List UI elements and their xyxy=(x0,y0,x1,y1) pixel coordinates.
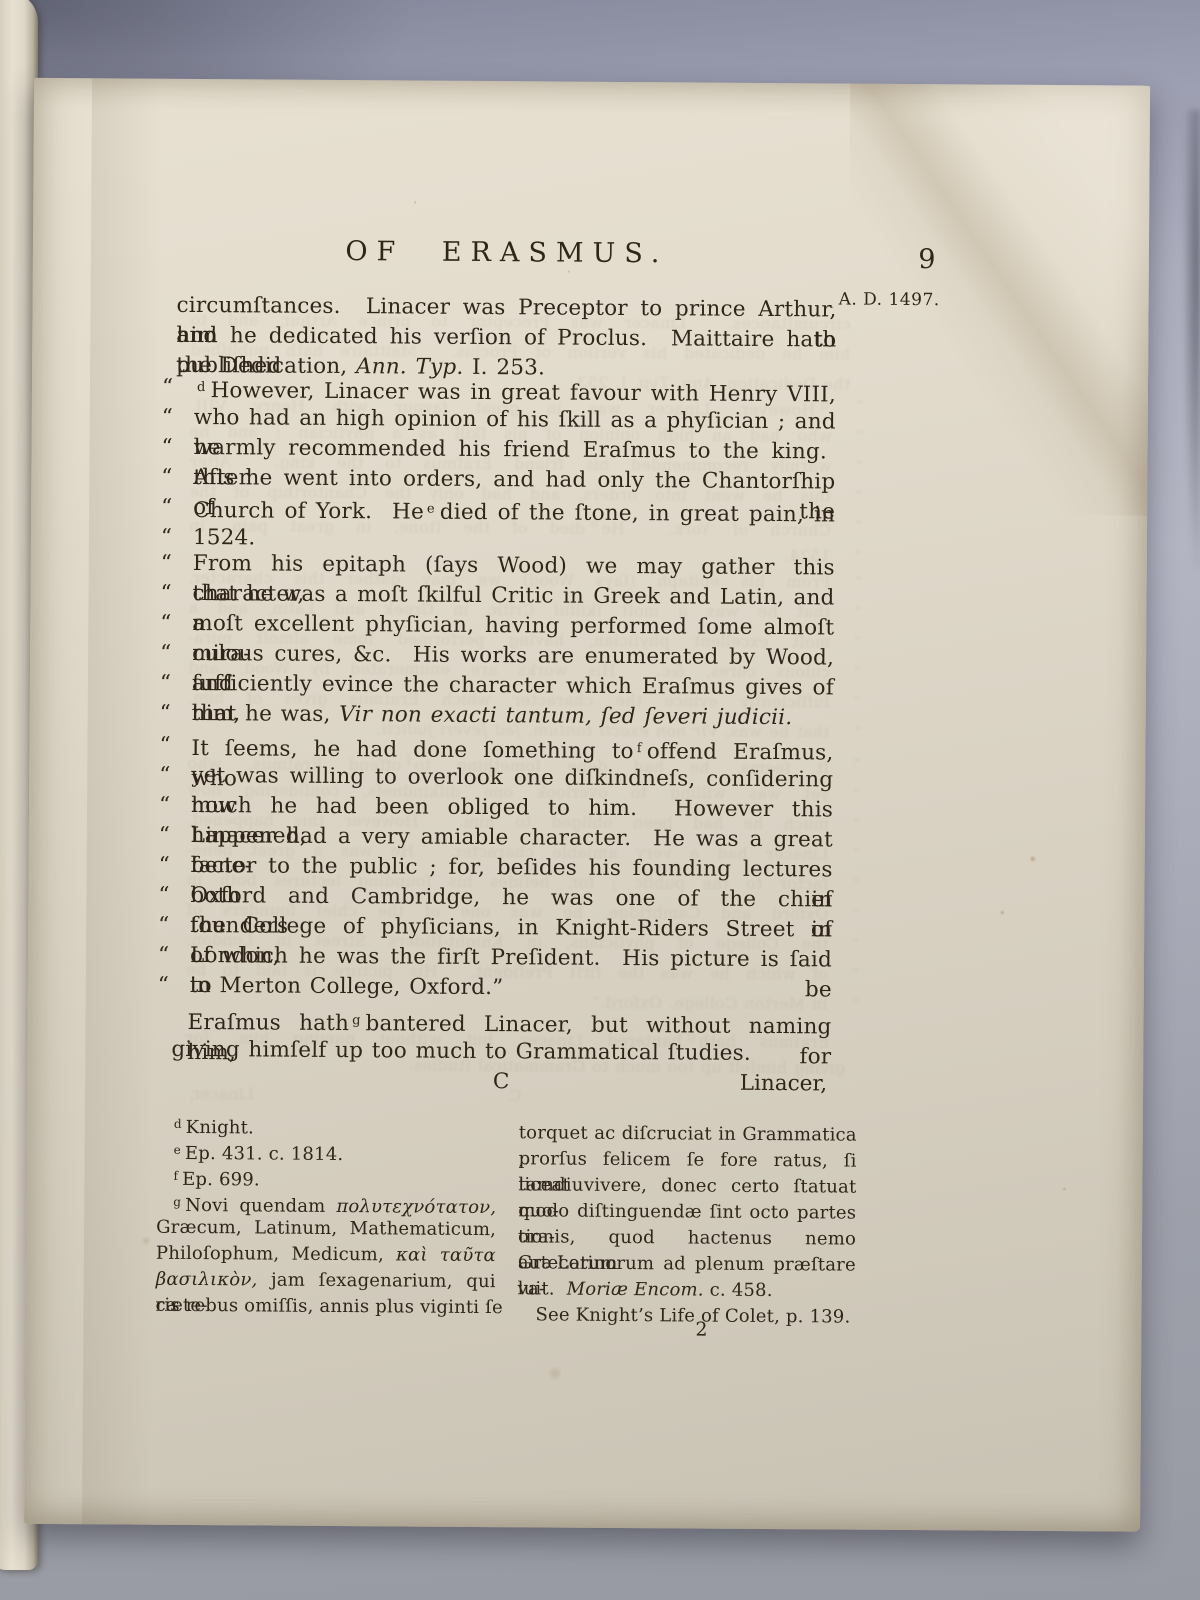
footnote-reference: g xyxy=(352,1013,361,1028)
quote-mark: “ xyxy=(160,669,171,699)
text-segment: Philoſophum, Medicum, xyxy=(156,1243,396,1266)
text-line: “moſt excellent phyſician, having perfor… xyxy=(174,609,834,644)
quote-mark: “ xyxy=(159,791,170,821)
text-line: giving himſelf up too much to Grammatica… xyxy=(171,1035,831,1070)
backdrop-right-shadow xyxy=(1183,110,1200,570)
text-segment: died of the ſtone, in great pain, in xyxy=(440,500,835,528)
text-segment: ris rebus omiſſis, annis plus viginti ſe xyxy=(156,1295,504,1318)
quote-mark: “ xyxy=(161,523,172,553)
text-line: the Dedication, Ann. Typ. I. 253. xyxy=(176,351,836,386)
text-line: “in Merton College, Oxford.” xyxy=(172,971,832,1006)
quote-mark: “ xyxy=(159,851,170,881)
footnote-reference: d xyxy=(174,1117,182,1131)
quote-mark: “ xyxy=(160,579,171,609)
paragraph: “From his epitaph (ſays Wood) we may gat… xyxy=(174,549,835,734)
text-line: “Church of York. Heedied of the ſtone, i… xyxy=(175,493,835,528)
text-segment: luit. xyxy=(518,1278,567,1299)
quote-mark: “ xyxy=(158,971,169,1001)
quote-mark: “ xyxy=(161,549,172,579)
quote-mark: “ xyxy=(162,373,173,403)
quote-mark: “ xyxy=(160,639,171,669)
text-line: “the College of phyſicians, in Knight-Ri… xyxy=(172,911,832,946)
text-segment: c. 458. xyxy=(704,1280,773,1301)
quote-mark: “ xyxy=(160,699,171,729)
book-page: OF ERASMUS. 9 A. D. 1497. Eraſmus hathgb… xyxy=(24,78,1150,1532)
page-title: OF ERASMUS. xyxy=(177,235,837,271)
text-segment: Ann. Typ. xyxy=(356,354,464,380)
signature-mark: C xyxy=(493,1067,510,1097)
quote-mark: “ xyxy=(160,609,171,639)
footnote-reference: d xyxy=(197,380,206,395)
text-segment: βασιλικὸν, xyxy=(156,1269,258,1291)
quote-mark: “ xyxy=(161,433,172,463)
text-line: luit. Moriæ Encom. c. 458. xyxy=(518,1276,856,1304)
quote-mark: “ xyxy=(159,731,170,761)
text-line: “yet was willing to overlook one diſkind… xyxy=(173,761,833,796)
text-line: “ſufficiently evince the character which… xyxy=(174,669,834,704)
text-line: modo diſtinguendæ ſint octo partes ora- xyxy=(518,1198,856,1226)
text-segment: in Merton College, Oxford.” xyxy=(190,973,504,1000)
gutter-crease xyxy=(82,78,162,1524)
text-segment: Church of York. He xyxy=(193,498,424,525)
text-segment: that he was, xyxy=(192,701,340,727)
text-segment: καὶ ταῦτα xyxy=(396,1244,496,1266)
text-line: “much he had been obliged to him. Howeve… xyxy=(173,791,833,826)
text-segment: It ſeems, he had done ſomething to xyxy=(191,736,633,764)
sheet-number: 2 xyxy=(661,1318,741,1341)
text-segment: giving himſelf up too much to Grammatica… xyxy=(171,1037,751,1066)
text-line: “It ſeems, he had done ſomething tofoffe… xyxy=(173,731,833,766)
text-segment: 1524. xyxy=(193,525,256,550)
text-line: dKnight. xyxy=(157,1111,497,1139)
text-segment: Novi quendam xyxy=(185,1195,336,1217)
footnote-reference: f xyxy=(173,1169,178,1183)
text-line: torquet ac diſcruciat in Grammatica ; xyxy=(519,1120,857,1148)
text-line: “culous cures, &c. His works are enumera… xyxy=(174,639,834,674)
page-number: 9 xyxy=(887,244,967,276)
text-line: “warmly recommended his friend Eraſmus t… xyxy=(175,433,835,468)
margin-note-date: A. D. 1497. xyxy=(839,289,969,310)
text-line: “1524. xyxy=(175,523,835,558)
text-line: tionis, quod hactenus nemo Græcorum xyxy=(518,1224,856,1252)
text-segment: Vir non exacti tantum, ſed ſeveri judici… xyxy=(339,702,792,730)
text-segment: πολυτεχνότατον, xyxy=(336,1196,496,1218)
quote-mark: “ xyxy=(161,463,172,493)
text-line: “this he went into orders, and had only … xyxy=(175,463,835,498)
paragraph: “It ſeems, he had done ſomething tofoffe… xyxy=(172,731,834,1006)
text-line: eEp. 431. c. 1814. xyxy=(157,1137,497,1165)
text-line: him he dedicated his verſion of Proclus.… xyxy=(176,321,836,356)
text-segment: the Dedication, xyxy=(176,353,356,379)
paragraph: “dHowever, Linacer was in great favour w… xyxy=(175,373,836,558)
text-line: βασιλικὸν, jam ſexagenarium, qui cæte- xyxy=(156,1267,496,1295)
text-line: Eraſmus hathgbantered Linacer, but witho… xyxy=(171,1005,831,1040)
text-line: Philoſophum, Medicum, καὶ ταῦτα xyxy=(156,1241,496,1269)
text-segment: Knight. xyxy=(186,1117,254,1138)
paragraph: circumſtances. Linacer was Preceptor to … xyxy=(176,291,837,386)
paragraph: Eraſmus hathgbantered Linacer, but witho… xyxy=(171,1005,831,1070)
text-line: ris rebus omiſſis, annis plus viginti ſe xyxy=(155,1293,495,1321)
footnote-column-right: torquet ac diſcruciat in Grammatica ;pro… xyxy=(517,1120,856,1330)
text-line: “that he was a moſt ſkilful Critic in Gr… xyxy=(174,579,834,614)
catchword: Linacer, xyxy=(740,1069,828,1100)
text-line: fEp. 699. xyxy=(156,1163,496,1191)
text-line: “of which he was the firſt Preſident. Hi… xyxy=(172,941,832,976)
text-line: “factor to the public ; for, beſides his… xyxy=(173,851,833,886)
quote-mark: “ xyxy=(162,403,173,433)
text-line: “Linacer had a very amiable character. H… xyxy=(173,821,833,856)
text-line: liceat vivere, donec certo ſtatuat quo- xyxy=(518,1172,856,1200)
text-line: “Oxford and Cambridge, he was one of the… xyxy=(172,881,832,916)
footnote-column-left: dKnight.eEp. 431. c. 1814.fEp. 699.gNovi… xyxy=(155,1111,496,1321)
footnote-reference: f xyxy=(637,741,642,756)
text-segment: Ep. 431. c. 1814. xyxy=(185,1143,344,1165)
footnote-reference: e xyxy=(174,1143,181,1157)
text-segment: I. 253. xyxy=(463,355,545,381)
footnote-reference: g xyxy=(173,1195,181,1209)
text-segment: Moriæ Encom. xyxy=(567,1279,704,1301)
quote-mark: “ xyxy=(159,821,170,851)
signature-row: C Linacer, xyxy=(171,1065,831,1100)
text-line: prorſus felicem ſe fore ratus, ſi tamdiu xyxy=(519,1146,857,1174)
photo-of-book-page: { "colors":{"background_gray":"#adafbf",… xyxy=(0,0,1200,1600)
text-segment: Ep. 699. xyxy=(182,1169,260,1191)
text-line: Græcum, Latinum, Mathematicum, xyxy=(156,1215,496,1243)
text-line: aut Latinorum ad plenum præſtare va- xyxy=(518,1250,856,1278)
quote-mark: “ xyxy=(161,493,172,523)
quote-mark: “ xyxy=(158,941,169,971)
text-segment: Græcum, Latinum, Mathematicum, xyxy=(156,1217,496,1240)
text-line: “who had an high opinion of his ſkill as… xyxy=(176,403,836,438)
quote-mark: “ xyxy=(158,911,169,941)
text-segment: Eraſmus hath xyxy=(187,1010,349,1036)
text-line: circumſtances. Linacer was Preceptor to … xyxy=(176,291,836,326)
quote-mark: “ xyxy=(158,881,169,911)
main-text-block: Eraſmus hathgbantered Linacer, but witho… xyxy=(171,291,837,1136)
quote-mark: “ xyxy=(159,761,170,791)
text-line: “that he was, Vir non exacti tantum, ſed… xyxy=(174,699,834,734)
text-line: gNovi quendam πολυτεχνότατον, xyxy=(156,1189,496,1217)
footnote-reference: e xyxy=(427,502,435,517)
